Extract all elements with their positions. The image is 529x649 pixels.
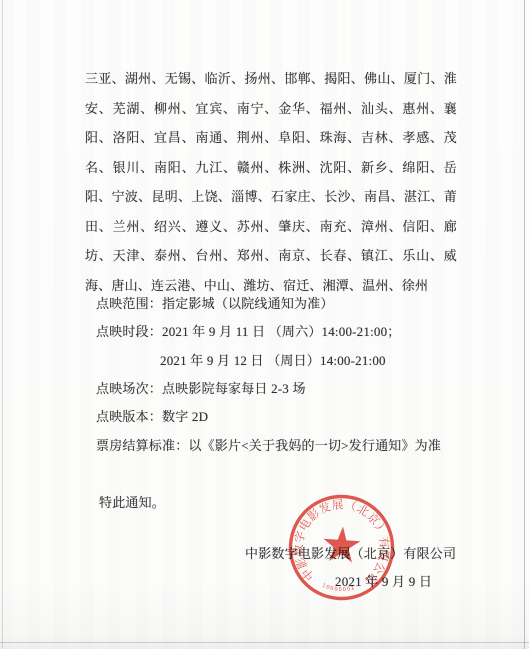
- seal-star-icon: [322, 525, 361, 563]
- field-value: 数字 2D: [162, 409, 208, 424]
- field-screening-sessions: 点映场次：点映影院每家每日 2-3 场: [96, 378, 306, 397]
- field-value: 点映影院每家每日 2-3 场: [162, 381, 306, 396]
- field-label: 点映场次：: [96, 381, 162, 396]
- field-value: 指定影城（以院线通知为准）: [162, 296, 334, 311]
- field-boxoffice-settlement: 票房结算标准：以《影片<关于我妈的一切>发行通知》为准: [96, 435, 441, 454]
- scan-edge-bottom: [0, 642, 529, 643]
- closing-note: 特此通知。: [99, 492, 165, 511]
- field-label: 点映时段：: [96, 324, 162, 339]
- city-list: 三亚、湖州、无锡、临沂、扬州、邯郸、揭阳、佛山、厦门、淮安、芜湖、柳州、宜宾、南…: [85, 64, 457, 300]
- field-screening-version: 点映版本：数字 2D: [96, 406, 208, 425]
- field-value: 2021 年 9 月 12 日 （周日）14:00-21:00: [160, 353, 386, 368]
- scan-edge-right: [524, 0, 525, 649]
- field-label: 点映版本：: [96, 409, 162, 424]
- scanned-notice-page: 三亚、湖州、无锡、临沂、扬州、邯郸、揭阳、佛山、厦门、淮安、芜湖、柳州、宜宾、南…: [0, 0, 529, 649]
- field-value: 2021 年 9 月 11 日 （周六）14:00-21:00；: [162, 324, 400, 339]
- field-value: 以《影片<关于我妈的一切>发行通知》为准: [188, 438, 441, 453]
- field-screening-time: 点映时段：2021 年 9 月 11 日 （周六）14:00-21:00；: [96, 321, 401, 340]
- field-label: 点映范围：: [96, 296, 162, 311]
- field-screening-scope: 点映范围：指定影城（以院线通知为准）: [96, 293, 334, 312]
- scan-edge-left: [2, 0, 3, 649]
- field-label: 票房结算标准：: [96, 438, 188, 453]
- company-seal: 中影数字电影发展（北京）有限公司 1100000019: [282, 488, 400, 606]
- field-screening-time-line2: 2021 年 9 月 12 日 （周日）14:00-21:00: [160, 350, 386, 369]
